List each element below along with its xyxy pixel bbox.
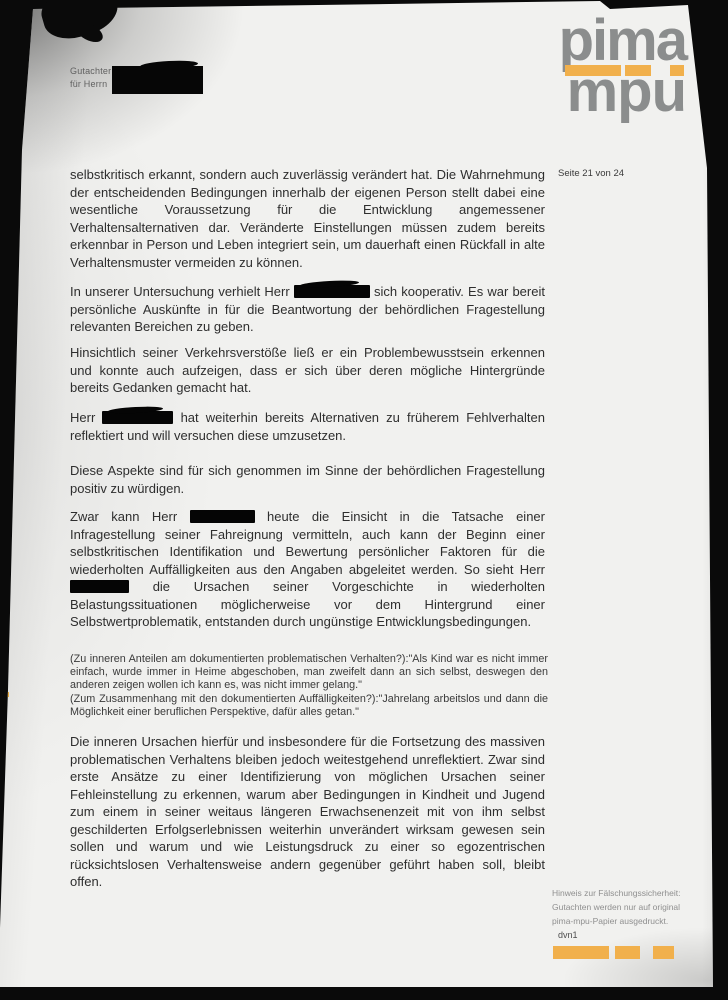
security-note-line2: Gutachten werden nur auf original xyxy=(552,900,712,914)
paragraph-6: Zwar kann Herr heute die Einsicht in die… xyxy=(70,508,545,631)
scanned-document: { "header": { "examiner_label": "Gutacht… xyxy=(0,0,728,1000)
recipient-label: für Herrn xyxy=(70,78,111,91)
paragraph-4-pre: Herr xyxy=(70,410,95,425)
redaction-box-name xyxy=(294,285,370,298)
security-note-line1: Hinweis zur Fälschungssicherheit: xyxy=(552,886,712,900)
paragraph-2: In unserer Untersuchung verhielt Herr si… xyxy=(70,283,545,336)
security-orange-bar-wide xyxy=(553,946,609,959)
left-edge-orange-mark xyxy=(0,692,9,697)
security-orange-bar-small xyxy=(653,946,674,959)
paragraph-2-pre: In unserer Untersuchung verhielt Herr xyxy=(70,284,290,299)
paragraph-5: Diese Aspekte sind für sich genommen im … xyxy=(70,462,545,497)
pima-mpu-logo: pima mpu xyxy=(546,0,686,130)
security-note: Hinweis zur Fälschungssicherheit: Gutach… xyxy=(552,886,712,928)
logo-text-mpu: mpu xyxy=(567,63,686,121)
redaction-box-name xyxy=(102,411,173,424)
paragraph-4: Herr hat weiterhin bereits Alternativen … xyxy=(70,409,545,444)
recipient-block: Gutachter für Herrn xyxy=(70,65,111,91)
examiner-label: Gutachter xyxy=(70,65,111,78)
redaction-box-name xyxy=(70,580,129,593)
paragraph-6-pre: Zwar kann Herr xyxy=(70,509,177,524)
document-code: dvn1 xyxy=(558,930,578,940)
paragraph-7: Die inneren Ursachen hierfür und insbeso… xyxy=(70,733,545,891)
paragraph-1: selbstkritisch erkannt, sondern auch zuv… xyxy=(70,166,545,271)
security-note-line3: pima-mpu-Papier ausgedruckt. xyxy=(552,914,712,928)
redaction-box-recipient-name xyxy=(112,66,203,94)
quotation-block: (Zu inneren Anteilen am dokumentierten p… xyxy=(70,653,548,719)
left-edge-orange-dot xyxy=(1,676,4,679)
paragraph-6-post: die Ursachen seiner Vorgeschichte in wie… xyxy=(70,579,545,629)
page-number: Seite 21 von 24 xyxy=(558,168,624,179)
redaction-box-name xyxy=(190,510,255,523)
paper-sheet: Gutachter für Herrn pima mpu Seite 21 vo… xyxy=(0,0,728,1000)
paragraph-3: Hinsichtlich seiner Verkehrsverstöße lie… xyxy=(70,344,545,397)
quotation-2: (Zum Zusammenhang mit den dokumentierten… xyxy=(70,693,548,719)
quotation-1: (Zu inneren Anteilen am dokumentierten p… xyxy=(70,653,548,693)
security-orange-bar-medium xyxy=(615,946,640,959)
